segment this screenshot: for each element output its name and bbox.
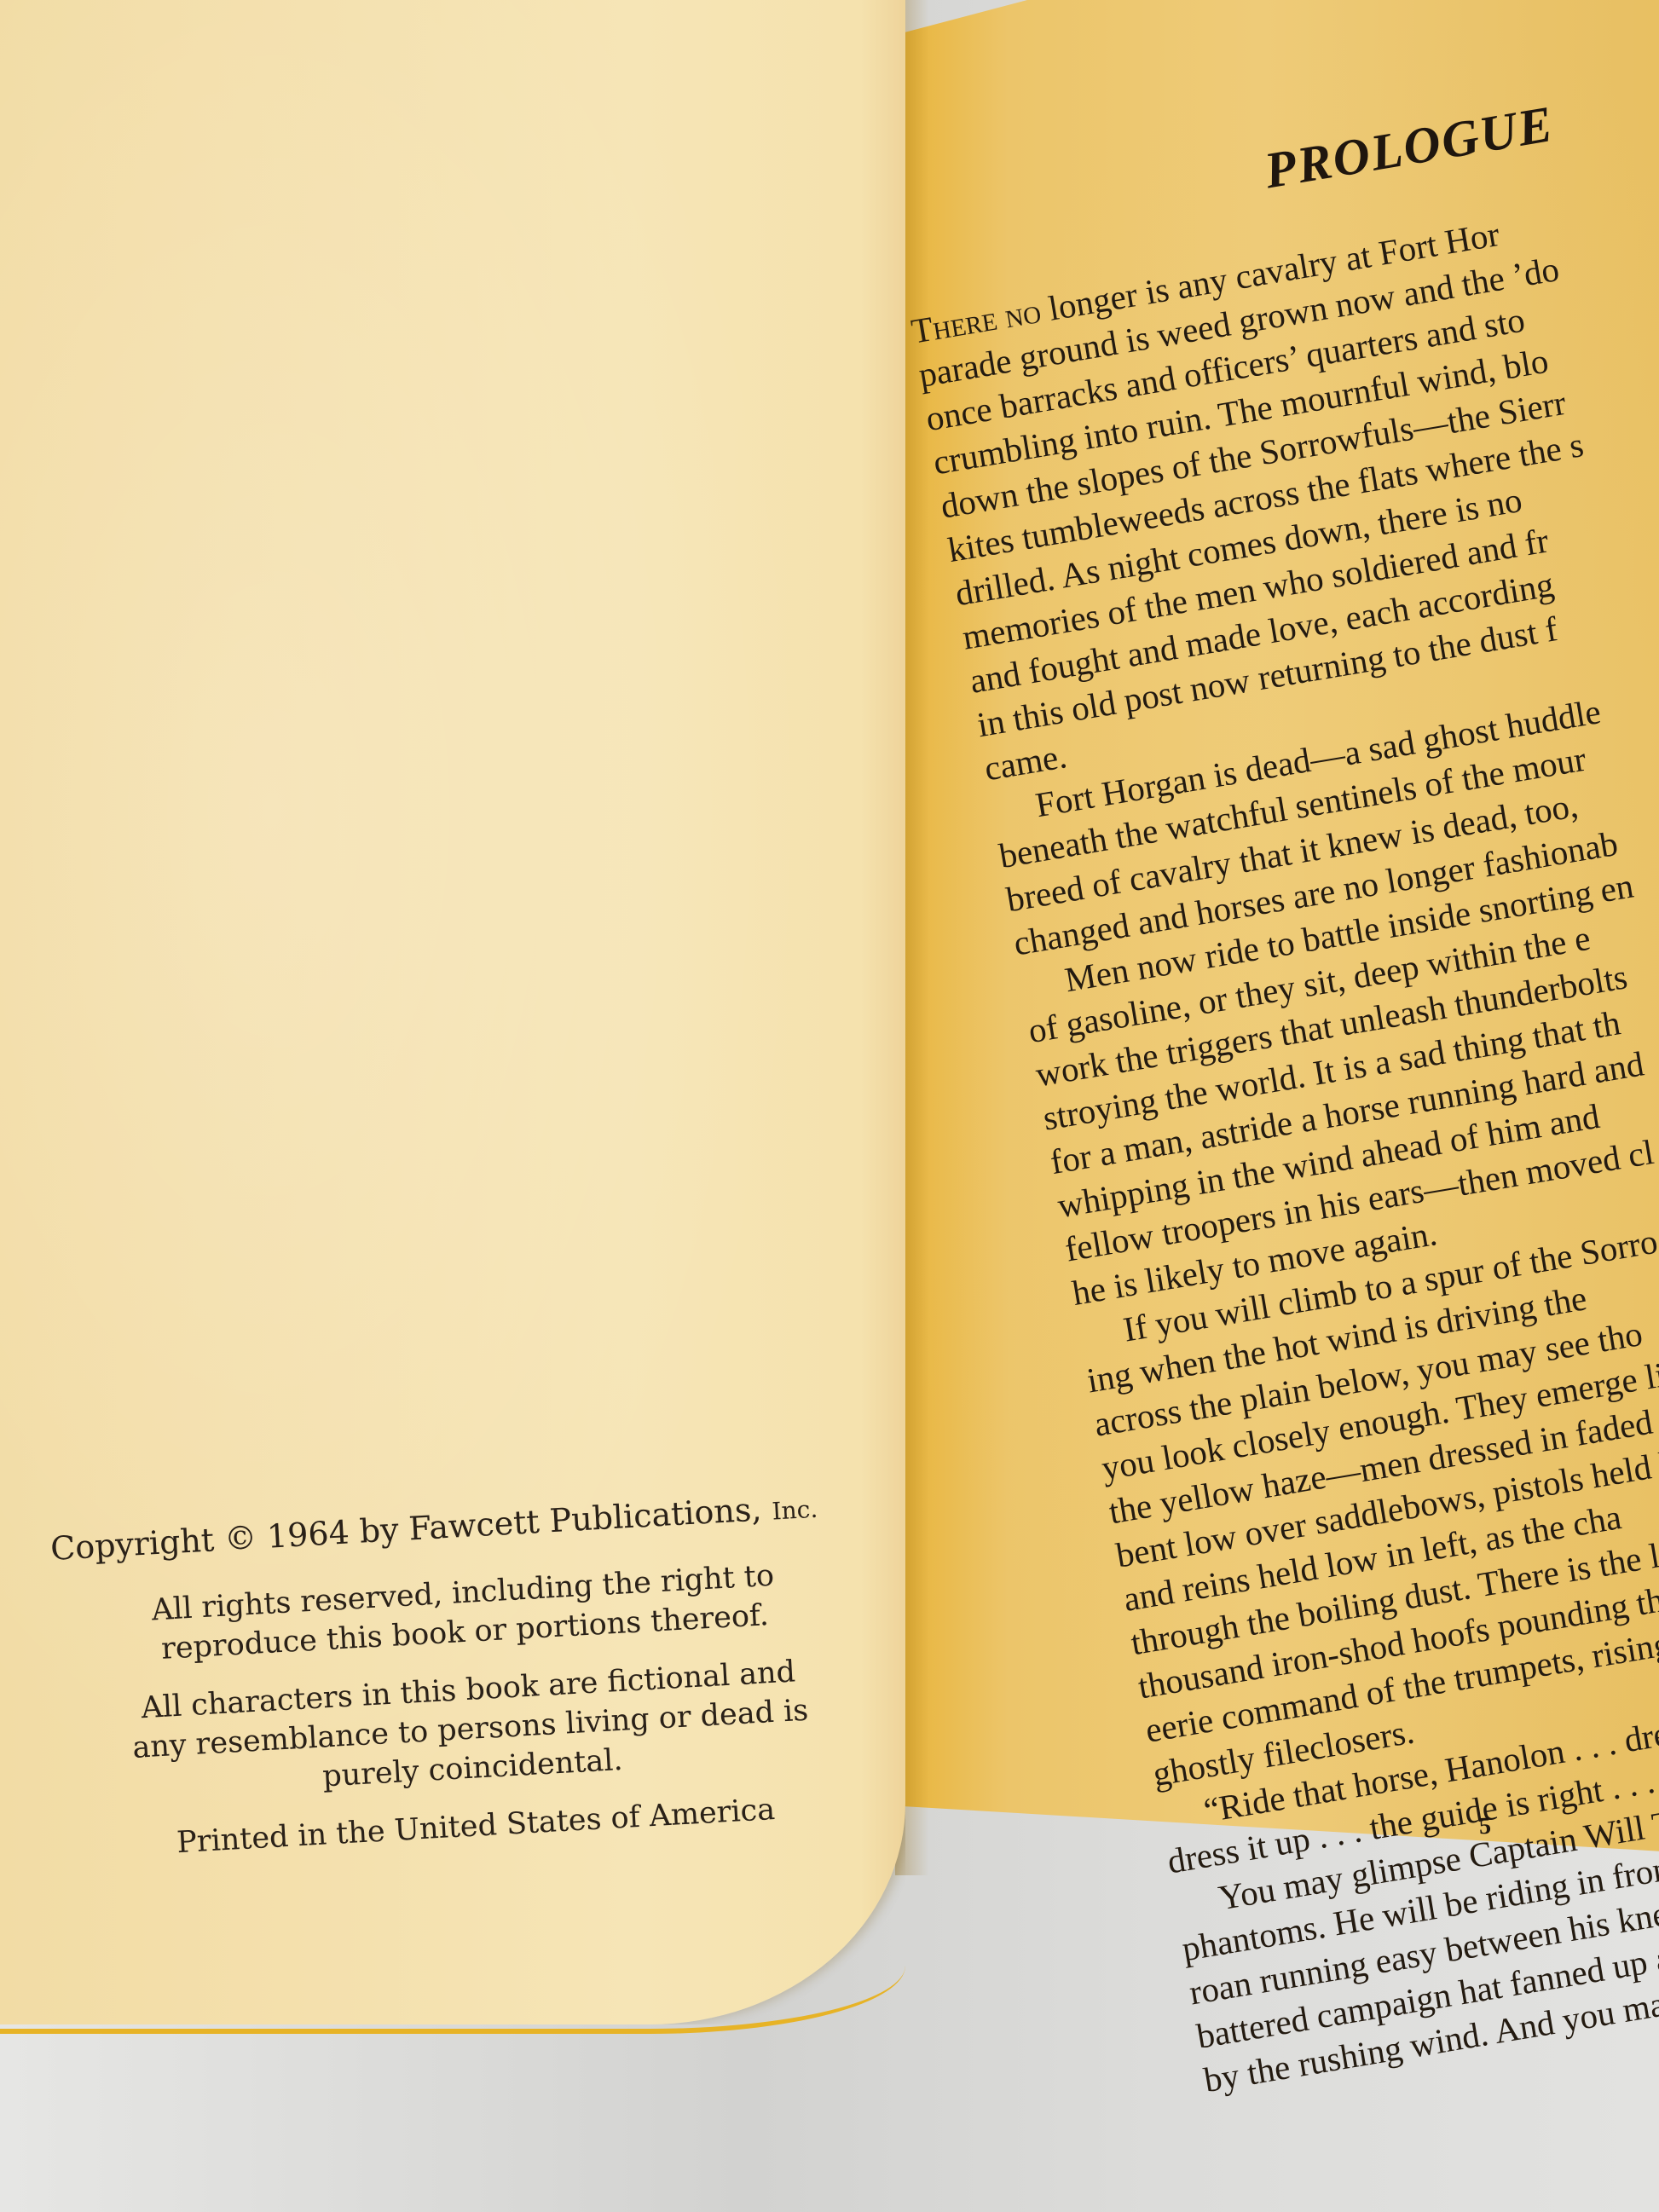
- copyright-symbol-icon: ©: [223, 1518, 257, 1557]
- page-number: 5: [1478, 1813, 1492, 1841]
- copyright-notice: Copyright © 1964 by Fawcett Publications…: [49, 1484, 869, 1568]
- left-page: Copyright © 1964 by Fawcett Publications…: [0, 0, 905, 2024]
- copyright-suffix: Inc.: [772, 1495, 818, 1526]
- copyright-publisher: by Fawcett Publications,: [359, 1490, 763, 1550]
- copyright-year: 1964: [266, 1513, 350, 1555]
- fiction-disclaimer: All characters in this book are fictiona…: [59, 1648, 882, 1811]
- copyright-block: Copyright © 1964 by Fawcett Publications…: [49, 1484, 887, 1887]
- copyright-prefix: Copyright: [49, 1521, 215, 1568]
